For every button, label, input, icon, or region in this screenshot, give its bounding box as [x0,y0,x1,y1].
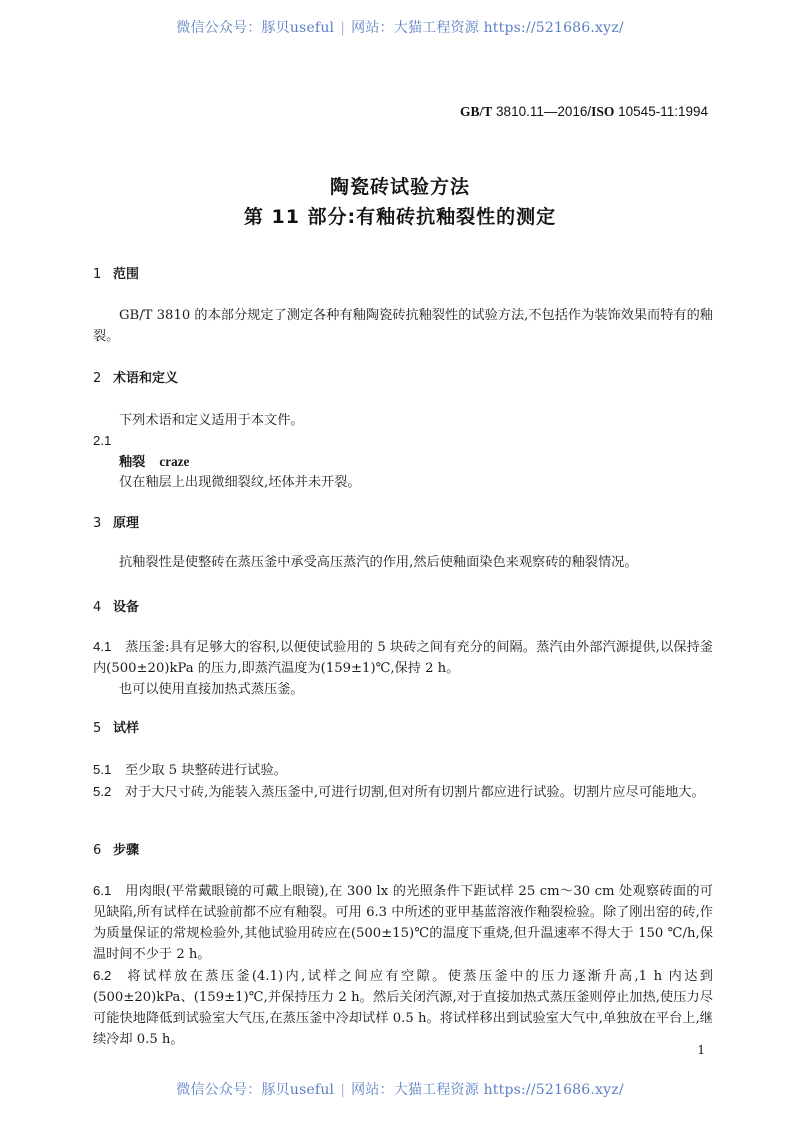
page-number: 1 [697,1043,705,1057]
standard-code: GB/T 3810.11—2016/ISO 10545-11:1994 [460,104,708,120]
clause-text: 将试样放在蒸压釜(4.1)内,试样之间应有空隙。使蒸压釜中的压力逐渐升高,1 h… [93,969,713,1047]
section-5-heading: 5试样 [93,718,713,739]
section-title: 范围 [113,267,139,282]
section-number: 2 [93,368,113,389]
section-2-body: 下列术语和定义适用于本文件。 [93,410,713,431]
paragraph: 抗釉裂性是使整砖在蒸压釜中承受高压蒸汽的作用,然后使釉面染色来观察砖的釉裂情况。 [93,552,713,573]
standard-code-iso-number: 10545-11:1994 [614,104,708,119]
section-3-body: 抗釉裂性是使整砖在蒸压釜中承受高压蒸汽的作用,然后使釉面染色来观察砖的釉裂情况。 [93,552,713,573]
section-1-body: GB/T 3810 的本部分规定了测定各种有釉陶瓷砖抗釉裂性的试验方法,不包括作… [93,305,713,347]
watermark-right-text: 网站：大猫工程资源 https://521686.xyz/ [351,1082,624,1098]
watermark-top: 微信公众号：豚贝useful|网站：大猫工程资源 https://521686.… [0,17,800,37]
document-subtitle: 第 11 部分:有釉砖抗釉裂性的测定 [0,202,800,229]
watermark-right-text: 网站：大猫工程资源 https://521686.xyz/ [351,20,624,36]
paragraph: 下列术语和定义适用于本文件。 [93,410,713,431]
section-number: 5 [93,718,113,739]
section-title: 试样 [113,721,139,736]
term-english: craze [159,454,189,469]
watermark-left-text: 微信公众号：豚贝useful [176,20,334,36]
standard-code-iso: ISO [591,104,614,119]
standard-code-gb: GB/T [460,104,492,119]
clauses-6: 6.1用肉眼(平常戴眼镜的可戴上眼镜),在 300 lx 的光照条件下距试样 2… [93,880,713,1050]
section-title: 原理 [113,516,139,531]
term-entry: 釉裂craze [119,451,739,473]
clause-number: 4.1 [93,636,125,657]
clause-number: 5.2 [93,781,125,802]
term-definition: 仅在釉层上出现微细裂纹,坯体并未开裂。 [119,472,739,493]
section-1-heading: 1范围 [93,264,713,285]
term-number: 2.1 [93,430,713,451]
section-2-heading: 2术语和定义 [93,368,713,389]
standard-code-number: 3810.11—2016/ [492,104,591,119]
clause-number: 5.1 [93,759,125,780]
section-number: 4 [93,597,113,618]
clause-text: 至少取 5 块整砖进行试验。 [125,763,287,778]
watermark-separator: | [340,20,345,36]
document-title: 陶瓷砖试验方法 [0,172,800,199]
clauses-5: 5.1至少取 5 块整砖进行试验。 5.2对于大尺寸砖,为能装入蒸压釜中,可进行… [93,759,713,803]
term-chinese: 釉裂 [119,455,145,470]
section-number: 3 [93,513,113,534]
section-number: 1 [93,264,113,285]
section-title: 步骤 [113,843,139,858]
clause-text: 用肉眼(平常戴眼镜的可戴上眼镜),在 300 lx 的光照条件下距试样 25 c… [93,884,713,962]
clause-text: 对于大尺寸砖,为能装入蒸压釜中,可进行切割,但对所有切割片都应进行试验。切割片应… [125,785,705,800]
watermark-left-text: 微信公众号：豚贝useful [176,1082,334,1098]
section-title: 设备 [113,600,139,615]
clause-extra: 也可以使用直接加热式蒸压釜。 [93,679,713,700]
section-number: 6 [93,840,113,861]
section-3-heading: 3原理 [93,513,713,534]
watermark-separator: | [340,1082,345,1098]
section-4-heading: 4设备 [93,597,713,618]
watermark-bottom: 微信公众号：豚贝useful|网站：大猫工程资源 https://521686.… [0,1079,800,1099]
section-title: 术语和定义 [113,371,178,386]
clause-text: 蒸压釜:具有足够大的容积,以便使试验用的 5 块砖之间有充分的间隔。蒸汽由外部汽… [93,640,713,676]
paragraph: GB/T 3810 的本部分规定了测定各种有釉陶瓷砖抗釉裂性的试验方法,不包括作… [93,305,713,347]
clause-number: 6.2 [93,965,125,986]
clause-number: 6.1 [93,880,125,901]
clause-4-1: 4.1蒸压釜:具有足够大的容积,以便使试验用的 5 块砖之间有充分的间隔。蒸汽由… [93,636,713,700]
section-6-heading: 6步骤 [93,840,713,861]
